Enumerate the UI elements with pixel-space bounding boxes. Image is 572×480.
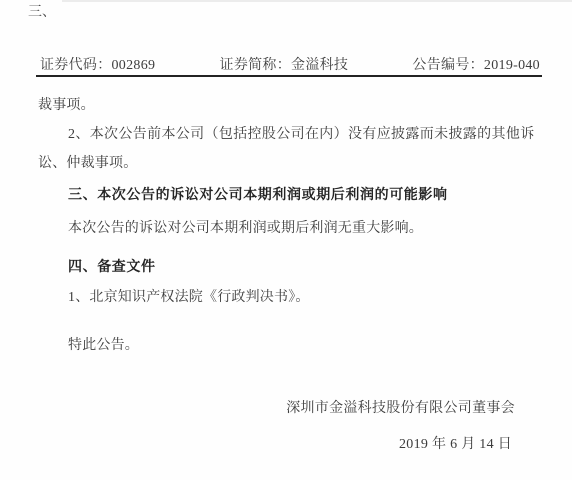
section3-body-line: 本次公告的诉讼对公司本期利润或期后利润无重大影响。	[68, 217, 423, 237]
closing-statement: 特此公告。	[68, 334, 139, 354]
securities-code-label: 证券代码：002869	[40, 54, 155, 74]
section4-heading: 四、备查文件	[68, 256, 156, 276]
signature-date-line: 2019 年 6 月 14 日	[399, 433, 512, 453]
announcement-document-page: 三、 证券代码：002869 证券简称：金溢科技 公告编号：2019-040 裁…	[0, 0, 572, 480]
securities-header-row: 证券代码：002869 证券简称：金溢科技 公告编号：2019-040	[40, 54, 540, 74]
securities-name-label: 证券简称：金溢科技	[220, 54, 349, 74]
paragraph2-line1: 2、本次公告前本公司（包括控股公司在内）没有应披露而未披露的其他诉	[68, 123, 535, 143]
section3-heading: 三、本次公告的诉讼对公司本期利润或期后利润的可能影响	[68, 184, 448, 204]
announcement-number-label: 公告编号：2019-040	[412, 54, 540, 74]
paragraph2-line2: 讼、仲裁事项。	[38, 152, 137, 172]
header-divider-rule	[36, 75, 542, 77]
paragraph-continuation-line: 裁事项。	[38, 94, 95, 114]
section4-item1: 1、北京知识产权法院《行政判决书》。	[68, 286, 310, 306]
signature-company-line: 深圳市金溢科技股份有限公司董事会	[286, 397, 515, 417]
previous-page-remnant-text: 三、	[28, 1, 56, 21]
top-edge-remnant-line	[62, 0, 572, 2]
